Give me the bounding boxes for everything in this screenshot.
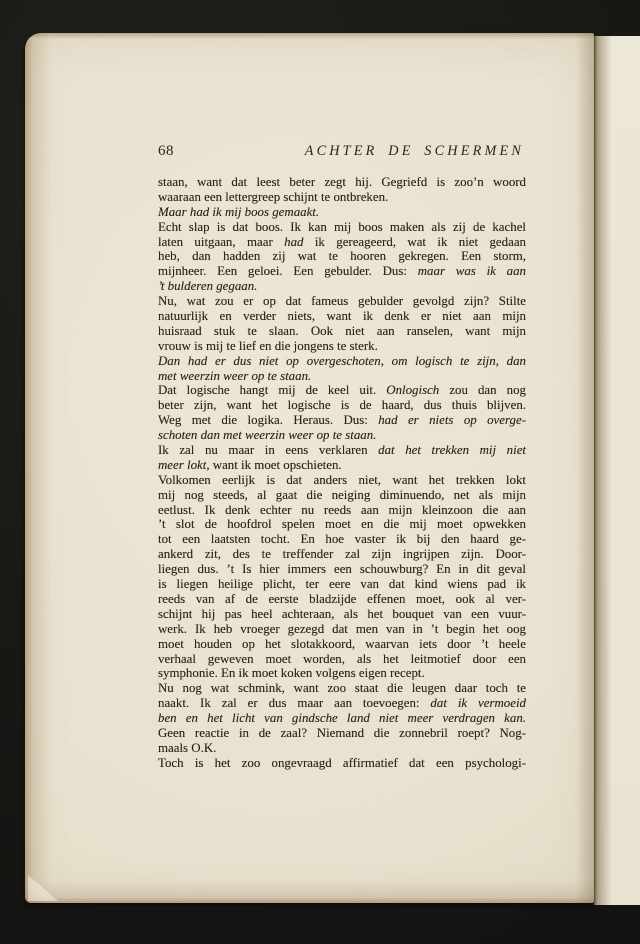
text-line: symphonie. En ik moet koken volgens eige…: [158, 666, 526, 681]
text-line: is liegen heilige plicht, ter eere van d…: [158, 577, 526, 592]
text-line: laten uitgaan, maar had ik gereageerd, w…: [158, 235, 526, 250]
text-line: ben en het licht van gindsche land niet …: [158, 711, 526, 726]
text-line: staan, want dat leest beter zegt hij. Ge…: [158, 175, 526, 190]
text-line: ankerd zit, des te treffender zal zijn i…: [158, 547, 526, 562]
book-photo: 68 ACHTER DE SCHERMEN staan, want dat le…: [0, 0, 640, 944]
text-line: mij nog steeds, al gaat die neiging dimi…: [158, 488, 526, 503]
text-line: werk. Ik heb vroeger gezegd dat men van …: [158, 622, 526, 637]
text-line: Nu, wat zou er op dat fameus gebulder ge…: [158, 294, 526, 309]
text-line: met weerzin weer op te staan.: [158, 369, 526, 384]
book-page: 68 ACHTER DE SCHERMEN staan, want dat le…: [25, 33, 594, 903]
page-corner-fold: [28, 875, 58, 901]
text-line: heb, dan hadden zij wat te hooren gekreg…: [158, 249, 526, 264]
page-number: 68: [158, 143, 174, 160]
text-line: natuurlijk en verder niets, want ik denk…: [158, 309, 526, 324]
text-line: beter zijn, want het logische is de haar…: [158, 398, 526, 413]
text-line: liegen dus. ’t Is hier immers een schouw…: [158, 562, 526, 577]
running-header: 68 ACHTER DE SCHERMEN: [158, 143, 526, 159]
text-line: Ik zal nu maar in eens verklaren dat het…: [158, 443, 526, 458]
text-line: schoten dan met weerzin weer op te staan…: [158, 428, 526, 443]
text-line: ’t slot de hoofdrol spelen moet en die m…: [158, 517, 526, 532]
facing-page-edge: [594, 36, 640, 905]
text-line: verhaal geweven moet worden, als het lei…: [158, 652, 526, 667]
text-line: naakt. Ik zal er dus maar aan toevoegen:…: [158, 696, 526, 711]
text-line: Maar had ik mij boos gemaakt.: [158, 205, 526, 220]
text-line: maals O.K.: [158, 741, 526, 756]
text-line: Weg met die logika. Heraus. Dus: had er …: [158, 413, 526, 428]
text-line: Dat logische hangt mij de keel uit. Onlo…: [158, 383, 526, 398]
text-line: Toch is het zoo ongevraagd affirmatief d…: [158, 756, 526, 771]
text-line: Echt slap is dat boos. Ik kan mij boos m…: [158, 220, 526, 235]
running-title: ACHTER DE SCHERMEN: [305, 143, 526, 160]
text-line: schijnt hij pas heel achteraan, als het …: [158, 607, 526, 622]
text-line: Dan had er dus niet op overgeschoten, om…: [158, 354, 526, 369]
text-line: eetlust. Ik denk echter nu reeds aan mij…: [158, 503, 526, 518]
text-line: Nu nog wat schmink, want zoo staat die l…: [158, 681, 526, 696]
text-line: vrouw is mij te lief en die jongens te s…: [158, 339, 526, 354]
text-line: ’t bulderen gegaan.: [158, 279, 526, 294]
text-line: meer lokt, want ik moet opschieten.: [158, 458, 526, 473]
text-line: reeds van af de eerste bladzijde effenen…: [158, 592, 526, 607]
text-line: Volkomen eerlijk is dat anders niet, wan…: [158, 473, 526, 488]
page-content: 68 ACHTER DE SCHERMEN staan, want dat le…: [158, 143, 526, 771]
text-block: staan, want dat leest beter zegt hij. Ge…: [158, 175, 526, 771]
text-line: tot een laatsten tocht. En hoe vaster ik…: [158, 532, 526, 547]
text-line: mijnheer. Een geloei. Een gebulder. Dus:…: [158, 264, 526, 279]
text-line: moet houden op het slotakkoord, waarvan …: [158, 637, 526, 652]
text-line: waaraan een lettergreep schijnt te ontbr…: [158, 190, 526, 205]
text-line: Geen reactie in de zaal? Niemand die zon…: [158, 726, 526, 741]
text-line: huisraad stuk te slaan. Ook niet aan ran…: [158, 324, 526, 339]
